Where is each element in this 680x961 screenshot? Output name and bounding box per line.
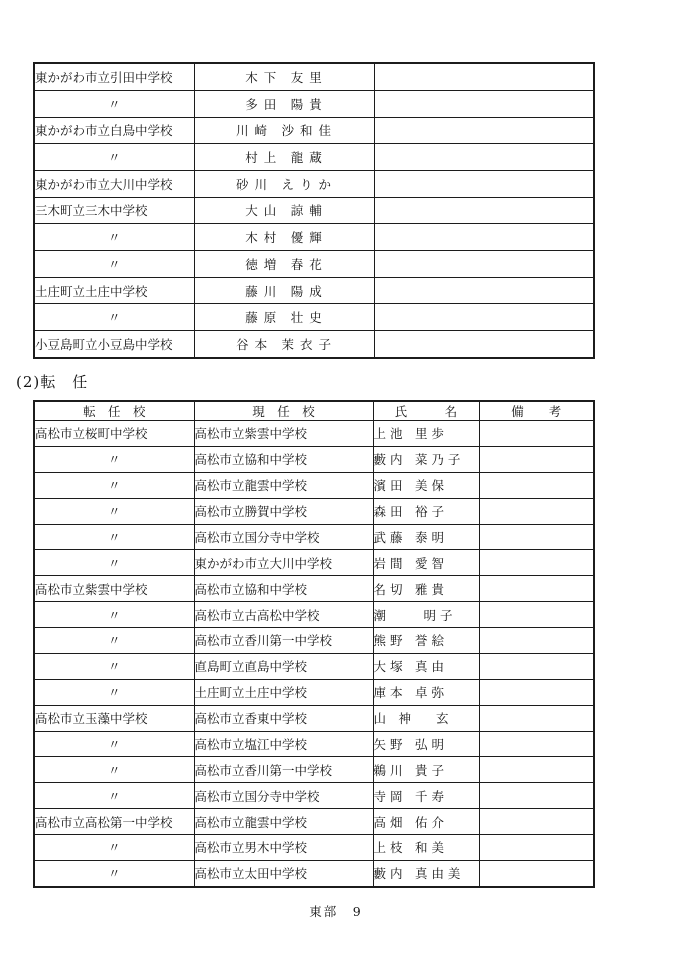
table-row: 〃 高松市立龍雲中学校 濱 田 美 保 xyxy=(34,472,594,498)
table-row: 三木町立三木中学校 大 山 諒 輔 xyxy=(34,197,594,224)
table-row: 東かがわ市立引田中学校 木 下 友 里 xyxy=(34,63,594,90)
school-cell: 東かがわ市立引田中学校 xyxy=(34,63,194,90)
remarks-cell xyxy=(479,653,594,679)
transfer-table-body: 高松市立桜町中学校 高松市立紫雲中学校 上 池 里 歩 〃 高松市立協和中学校 … xyxy=(34,421,594,888)
name-cell: 上 池 里 歩 xyxy=(373,421,479,447)
to-school-cell: 〃 xyxy=(34,602,194,628)
to-school-cell: 〃 xyxy=(34,498,194,524)
header-name: 氏 名 xyxy=(373,401,479,421)
to-school-cell: 〃 xyxy=(34,757,194,783)
name-cell: 藤 原 壮 史 xyxy=(194,304,374,331)
name-cell: 藤 川 陽 成 xyxy=(194,277,374,304)
to-school-cell: 〃 xyxy=(34,731,194,757)
to-school-cell: 高松市立桜町中学校 xyxy=(34,421,194,447)
to-school-cell: 〃 xyxy=(34,524,194,550)
remarks-cell xyxy=(479,731,594,757)
table-row: 〃 徳 増 春 花 xyxy=(34,251,594,278)
remarks-cell xyxy=(479,602,594,628)
table-row: 〃 高松市立香川第一中学校 熊 野 誉 絵 xyxy=(34,628,594,654)
current-school-cell: 高松市立国分寺中学校 xyxy=(194,783,373,809)
current-school-cell: 土庄町立土庄中学校 xyxy=(194,679,373,705)
remarks-cell xyxy=(479,446,594,472)
name-cell: 大 山 諒 輔 xyxy=(194,197,374,224)
current-school-cell: 高松市立龍雲中学校 xyxy=(194,809,373,835)
remarks-cell xyxy=(374,277,594,304)
name-cell: 木 村 優 輝 xyxy=(194,224,374,251)
school-cell: 三木町立三木中学校 xyxy=(34,197,194,224)
name-cell: 潮 明 子 xyxy=(373,602,479,628)
remarks-cell xyxy=(374,224,594,251)
name-cell: 上 枝 和 美 xyxy=(373,835,479,861)
table-row: 〃 土庄町立土庄中学校 庫 本 卓 弥 xyxy=(34,679,594,705)
name-cell: 多 田 陽 貴 xyxy=(194,90,374,117)
school-cell: 〃 xyxy=(34,144,194,171)
current-school-cell: 高松市立太田中学校 xyxy=(194,860,373,887)
table-row: 〃 高松市立古高松中学校 潮 明 子 xyxy=(34,602,594,628)
table-row: 〃 高松市立太田中学校 藪 内 真 由 美 xyxy=(34,860,594,887)
name-cell: 武 藤 泰 明 xyxy=(373,524,479,550)
transfer-table-header: 転 任 校 現 任 校 氏 名 備 考 xyxy=(34,401,594,421)
remarks-cell xyxy=(479,421,594,447)
header-row: 転 任 校 現 任 校 氏 名 備 考 xyxy=(34,401,594,421)
to-school-cell: 高松市立紫雲中学校 xyxy=(34,576,194,602)
remarks-cell xyxy=(479,860,594,887)
name-cell: 鵜 川 貴 子 xyxy=(373,757,479,783)
table-row: 東かがわ市立大川中学校 砂 川 え り か xyxy=(34,170,594,197)
school-cell: 東かがわ市立大川中学校 xyxy=(34,170,194,197)
current-school-cell: 高松市立古高松中学校 xyxy=(194,602,373,628)
school-cell: 小豆島町立小豆島中学校 xyxy=(34,331,194,358)
name-cell: 徳 増 春 花 xyxy=(194,251,374,278)
table-row: 〃 高松市立勝賀中学校 森 田 裕 子 xyxy=(34,498,594,524)
name-cell: 藪 内 菜 乃 子 xyxy=(373,446,479,472)
remarks-cell xyxy=(479,628,594,654)
name-cell: 高 畑 佑 介 xyxy=(373,809,479,835)
table-row: 〃 高松市立男木中学校 上 枝 和 美 xyxy=(34,835,594,861)
remarks-cell xyxy=(479,550,594,576)
current-school-cell: 高松市立香川第一中学校 xyxy=(194,628,373,654)
name-cell: 藪 内 真 由 美 xyxy=(373,860,479,887)
table-row: 〃 東かがわ市立大川中学校 岩 間 愛 智 xyxy=(34,550,594,576)
name-cell: 熊 野 誉 絵 xyxy=(373,628,479,654)
current-school-cell: 高松市立男木中学校 xyxy=(194,835,373,861)
remarks-cell xyxy=(479,835,594,861)
to-school-cell: 高松市立高松第一中学校 xyxy=(34,809,194,835)
to-school-cell: 〃 xyxy=(34,446,194,472)
remarks-cell xyxy=(374,170,594,197)
remarks-cell xyxy=(374,117,594,144)
table-row: 〃 直島町立直島中学校 大 塚 真 由 xyxy=(34,653,594,679)
table-row: 高松市立高松第一中学校 高松市立龍雲中学校 高 畑 佑 介 xyxy=(34,809,594,835)
to-school-cell: 〃 xyxy=(34,835,194,861)
to-school-cell: 〃 xyxy=(34,472,194,498)
table-row: 土庄町立土庄中学校 藤 川 陽 成 xyxy=(34,277,594,304)
current-school-cell: 高松市立塩江中学校 xyxy=(194,731,373,757)
remarks-cell xyxy=(479,679,594,705)
current-school-cell: 高松市立龍雲中学校 xyxy=(194,472,373,498)
school-cell: 〃 xyxy=(34,251,194,278)
remarks-cell xyxy=(479,498,594,524)
school-cell: 〃 xyxy=(34,304,194,331)
remarks-cell xyxy=(374,331,594,358)
transfer-table: 転 任 校 現 任 校 氏 名 備 考 高松市立桜町中学校 高松市立紫雲中学校 … xyxy=(33,400,595,888)
document-page: 東かがわ市立引田中学校 木 下 友 里 〃 多 田 陽 貴 東かがわ市立白鳥中学… xyxy=(0,0,680,961)
header-to-school: 転 任 校 xyxy=(34,401,194,421)
current-school-cell: 直島町立直島中学校 xyxy=(194,653,373,679)
name-cell: 濱 田 美 保 xyxy=(373,472,479,498)
name-cell: 谷 本 茉 衣 子 xyxy=(194,331,374,358)
name-cell: 川 崎 沙 和 佳 xyxy=(194,117,374,144)
table-row: 〃 高松市立協和中学校 藪 内 菜 乃 子 xyxy=(34,446,594,472)
table-row: 〃 高松市立国分寺中学校 武 藤 泰 明 xyxy=(34,524,594,550)
name-cell: 庫 本 卓 弥 xyxy=(373,679,479,705)
name-cell: 砂 川 え り か xyxy=(194,170,374,197)
table-row: 高松市立紫雲中学校 高松市立協和中学校 名 切 雅 貴 xyxy=(34,576,594,602)
remarks-cell xyxy=(479,705,594,731)
section-heading: (2)転 任 xyxy=(16,371,88,392)
to-school-cell: 〃 xyxy=(34,653,194,679)
to-school-cell: 〃 xyxy=(34,679,194,705)
current-school-cell: 高松市立国分寺中学校 xyxy=(194,524,373,550)
remarks-cell xyxy=(479,472,594,498)
table-row: 〃 高松市立国分寺中学校 寺 岡 千 寿 xyxy=(34,783,594,809)
to-school-cell: 高松市立玉藻中学校 xyxy=(34,705,194,731)
remarks-cell xyxy=(374,304,594,331)
appointment-table-body: 東かがわ市立引田中学校 木 下 友 里 〃 多 田 陽 貴 東かがわ市立白鳥中学… xyxy=(34,63,594,358)
current-school-cell: 東かがわ市立大川中学校 xyxy=(194,550,373,576)
remarks-cell xyxy=(479,809,594,835)
current-school-cell: 高松市立協和中学校 xyxy=(194,576,373,602)
name-cell: 村 上 龍 蔵 xyxy=(194,144,374,171)
school-cell: 〃 xyxy=(34,224,194,251)
name-cell: 山 神 玄 xyxy=(373,705,479,731)
name-cell: 岩 間 愛 智 xyxy=(373,550,479,576)
name-cell: 木 下 友 里 xyxy=(194,63,374,90)
table-row: 〃 藤 原 壮 史 xyxy=(34,304,594,331)
to-school-cell: 〃 xyxy=(34,628,194,654)
remarks-cell xyxy=(479,576,594,602)
name-cell: 矢 野 弘 明 xyxy=(373,731,479,757)
name-cell: 森 田 裕 子 xyxy=(373,498,479,524)
name-cell: 名 切 雅 貴 xyxy=(373,576,479,602)
remarks-cell xyxy=(374,197,594,224)
table-row: 高松市立玉藻中学校 高松市立香東中学校 山 神 玄 xyxy=(34,705,594,731)
current-school-cell: 高松市立協和中学校 xyxy=(194,446,373,472)
header-current-school: 現 任 校 xyxy=(194,401,373,421)
current-school-cell: 高松市立勝賀中学校 xyxy=(194,498,373,524)
table-row: 小豆島町立小豆島中学校 谷 本 茉 衣 子 xyxy=(34,331,594,358)
table-row: 〃 高松市立香川第一中学校 鵜 川 貴 子 xyxy=(34,757,594,783)
table-row: 〃 高松市立塩江中学校 矢 野 弘 明 xyxy=(34,731,594,757)
school-cell: 東かがわ市立白鳥中学校 xyxy=(34,117,194,144)
remarks-cell xyxy=(374,63,594,90)
remarks-cell xyxy=(374,251,594,278)
remarks-cell xyxy=(479,524,594,550)
table-row: 〃 木 村 優 輝 xyxy=(34,224,594,251)
school-cell: 土庄町立土庄中学校 xyxy=(34,277,194,304)
table-row: 〃 多 田 陽 貴 xyxy=(34,90,594,117)
table-row: 東かがわ市立白鳥中学校 川 崎 沙 和 佳 xyxy=(34,117,594,144)
remarks-cell xyxy=(374,90,594,117)
remarks-cell xyxy=(374,144,594,171)
current-school-cell: 高松市立紫雲中学校 xyxy=(194,421,373,447)
to-school-cell: 〃 xyxy=(34,783,194,809)
current-school-cell: 高松市立香東中学校 xyxy=(194,705,373,731)
school-cell: 〃 xyxy=(34,90,194,117)
header-remarks: 備 考 xyxy=(479,401,594,421)
name-cell: 大 塚 真 由 xyxy=(373,653,479,679)
appointment-table: 東かがわ市立引田中学校 木 下 友 里 〃 多 田 陽 貴 東かがわ市立白鳥中学… xyxy=(33,62,595,359)
to-school-cell: 〃 xyxy=(34,550,194,576)
name-cell: 寺 岡 千 寿 xyxy=(373,783,479,809)
current-school-cell: 高松市立香川第一中学校 xyxy=(194,757,373,783)
table-row: 〃 村 上 龍 蔵 xyxy=(34,144,594,171)
page-footer: 東部 9 xyxy=(0,902,672,920)
remarks-cell xyxy=(479,757,594,783)
remarks-cell xyxy=(479,783,594,809)
to-school-cell: 〃 xyxy=(34,860,194,887)
table-row: 高松市立桜町中学校 高松市立紫雲中学校 上 池 里 歩 xyxy=(34,421,594,447)
